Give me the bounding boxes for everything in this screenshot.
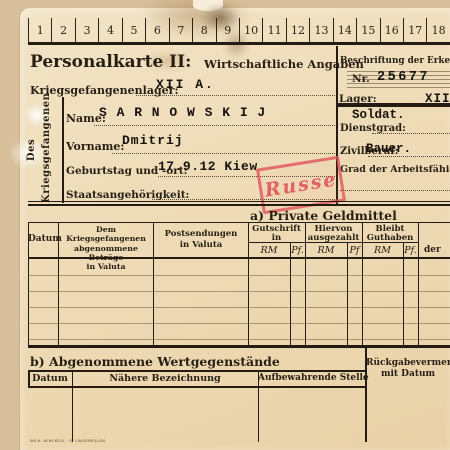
idmark-caption: Beschriftung der Erkennungsmarke — [340, 56, 450, 66]
money-subdivider — [290, 259, 291, 346]
table-b-header-bottom — [28, 386, 365, 388]
money-subdivider — [403, 259, 404, 346]
ruler-baseline — [28, 42, 450, 45]
camp-rule — [136, 95, 335, 96]
table-a-rowline — [28, 275, 450, 276]
ruler-number: 7 — [170, 18, 193, 43]
ruler-number: 14 — [334, 18, 357, 43]
col-datum-b: Datum — [28, 373, 72, 384]
col-taken: Dem Kriegsgefangenen abgenommene Beträge… — [59, 225, 153, 272]
ruler-number: 3 — [76, 18, 99, 43]
printer-imprint: WILH. WINCKELS · G. LINGEMEILLEN — [30, 439, 105, 443]
ruler-number: 16 — [381, 18, 404, 43]
ruler-number: 9 — [217, 18, 240, 43]
card-title: Personalkarte II: — [30, 52, 191, 72]
work-ability-rule — [340, 190, 450, 191]
pow-record-card-scan: 123456789101112131415161718 Personalkart… — [0, 0, 450, 450]
ruler-number: 12 — [287, 18, 310, 43]
pf-label: Pf — [347, 245, 362, 256]
birth-value: 17.9.12 Kiew — [158, 159, 258, 174]
section-separator — [28, 201, 450, 202]
ruler-number: 4 — [99, 18, 122, 43]
table-a-vline — [248, 259, 249, 346]
name-rule — [94, 125, 335, 126]
table-a-rowline — [28, 307, 450, 308]
ruler-number: 17 — [404, 18, 427, 43]
table-b-header-top — [28, 370, 365, 372]
table-a-vline — [362, 259, 363, 346]
table-b-vline — [72, 387, 73, 442]
section-a-title: a) Private Geldmittel — [250, 208, 395, 223]
firstname-value: Dmitrij — [122, 133, 184, 148]
side-label-line1: Des — [24, 97, 39, 203]
ruled-line — [347, 87, 450, 88]
table-a-vline — [305, 259, 306, 346]
col-desc: Nähere Bezeichnung — [72, 373, 258, 384]
ruler-number: 1 — [29, 18, 52, 43]
col-paid: Hiervon ausgezahlt — [305, 225, 362, 244]
nr-value: 25677 — [377, 70, 430, 85]
ruler-number: 5 — [123, 18, 146, 43]
section-b-title: b) Abgenommene Wertgegenstände — [30, 354, 280, 369]
rank-rule — [372, 133, 450, 134]
rm-label: RM — [248, 245, 290, 256]
table-a-rowline — [28, 339, 450, 340]
ruler: 123456789101112131415161718 — [28, 18, 450, 43]
table-a-vline — [58, 259, 59, 346]
money-subdivider — [347, 259, 348, 346]
rm-label: RM — [305, 245, 347, 256]
ruler-number: 18 — [427, 18, 450, 43]
idbox-bottom-bar — [336, 103, 450, 107]
ruler-number: 6 — [146, 18, 169, 43]
return-note-line2: mit Datum — [366, 369, 450, 379]
col-datum: Datum — [28, 234, 58, 244]
pf-label: Pf. — [290, 245, 305, 256]
return-note-line1: Rückgabevermerk — [366, 358, 450, 368]
col-balance: Bleibt Guthaben — [362, 225, 418, 244]
table-a-vline — [418, 222, 419, 257]
table-a-bottom — [28, 345, 450, 348]
firstname-rule — [112, 153, 335, 154]
firstname-label: Vorname: — [66, 140, 124, 153]
ruler-number: 11 — [263, 18, 286, 43]
col-store: Aufbewahrende Stelle — [258, 373, 365, 383]
work-ability-label: Grad der Arbeitsfähigkeit — [340, 164, 450, 175]
side-label-line2: Kriegsgefangenen — [39, 97, 54, 203]
section-separator — [28, 204, 450, 206]
col-post: Postsendungen in Valuta — [154, 229, 248, 251]
pf-label: Pf. — [403, 245, 418, 256]
table-b-vline — [258, 387, 259, 442]
camp-value: XII A. — [156, 77, 215, 92]
ruler-number: 10 — [240, 18, 263, 43]
ruler-number: 15 — [357, 18, 380, 43]
table-a-vline — [28, 259, 29, 346]
ruler-number: 2 — [52, 18, 75, 43]
col-last: der — [424, 245, 441, 255]
table-a-rowline — [28, 291, 450, 292]
profession-rule — [368, 156, 450, 157]
profession-value: Bauer. — [366, 142, 411, 156]
side-label: Des Kriegsgefangenen — [24, 97, 62, 203]
table-a-vline — [418, 259, 419, 346]
rank-value: Soldat. — [352, 108, 405, 122]
name-value: S A R N O W S K I J — [99, 105, 266, 120]
col-credit: Gutschrift in — [248, 225, 305, 244]
ruler-number: 13 — [310, 18, 333, 43]
nr-label: Nr. — [352, 73, 370, 85]
ruler-number: 8 — [193, 18, 216, 43]
side-label-divider — [62, 97, 64, 203]
russe-stamp-text: Russe — [263, 168, 339, 201]
table-a-rowline — [28, 323, 450, 324]
table-a-vline — [153, 259, 154, 346]
rm-label: RM — [362, 245, 403, 256]
